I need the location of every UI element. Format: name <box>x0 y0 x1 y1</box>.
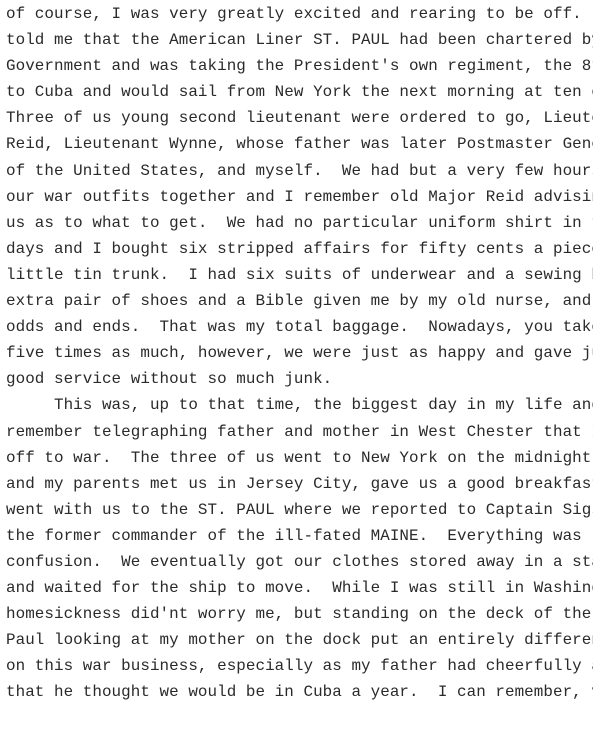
text-line: good service without so much junk. <box>6 366 593 392</box>
text-line: confusion. We eventually got our clothes… <box>6 549 593 575</box>
text-line: extra pair of shoes and a Bible given me… <box>6 288 593 314</box>
text-line: us as to what to get. We had no particul… <box>6 210 593 236</box>
text-line: remember telegraphing father and mother … <box>6 419 593 445</box>
text-line: of the United States, and myself. We had… <box>6 158 593 184</box>
text-line: to Cuba and would sail from New York the… <box>6 79 593 105</box>
text-line: odds and ends. That was my total baggage… <box>6 314 593 340</box>
text-line: Paul looking at my mother on the dock pu… <box>6 627 593 653</box>
text-line: and waited for the ship to move. While I… <box>6 575 593 601</box>
text-line: Reid, Lieutenant Wynne, whose father was… <box>6 131 593 157</box>
text-line: the former commander of the ill-fated MA… <box>6 523 593 549</box>
text-line: days and I bought six stripped affairs f… <box>6 236 593 262</box>
text-line: went with us to the ST. PAUL where we re… <box>6 497 593 523</box>
text-line: Government and was taking the President'… <box>6 53 593 79</box>
text-line: five times as much, however, we were jus… <box>6 340 593 366</box>
text-line: our war outfits together and I remember … <box>6 184 593 210</box>
typewritten-page: of course, I was very greatly excited an… <box>6 1 593 706</box>
text-line: Three of us young second lieutenant were… <box>6 105 593 131</box>
paragraph-start-line: This was, up to that time, the biggest d… <box>6 392 593 418</box>
text-line: that he thought we would be in Cuba a ye… <box>6 679 593 705</box>
text-line: and my parents met us in Jersey City, ga… <box>6 471 593 497</box>
text-line: of course, I was very greatly excited an… <box>6 1 593 27</box>
text-line: off to war. The three of us went to New … <box>6 445 593 471</box>
text-line: little tin trunk. I had six suits of und… <box>6 262 593 288</box>
text-line: homesickness did'nt worry me, but standi… <box>6 601 593 627</box>
text-line: on this war business, especially as my f… <box>6 653 593 679</box>
text-line: told me that the American Liner ST. PAUL… <box>6 27 593 53</box>
